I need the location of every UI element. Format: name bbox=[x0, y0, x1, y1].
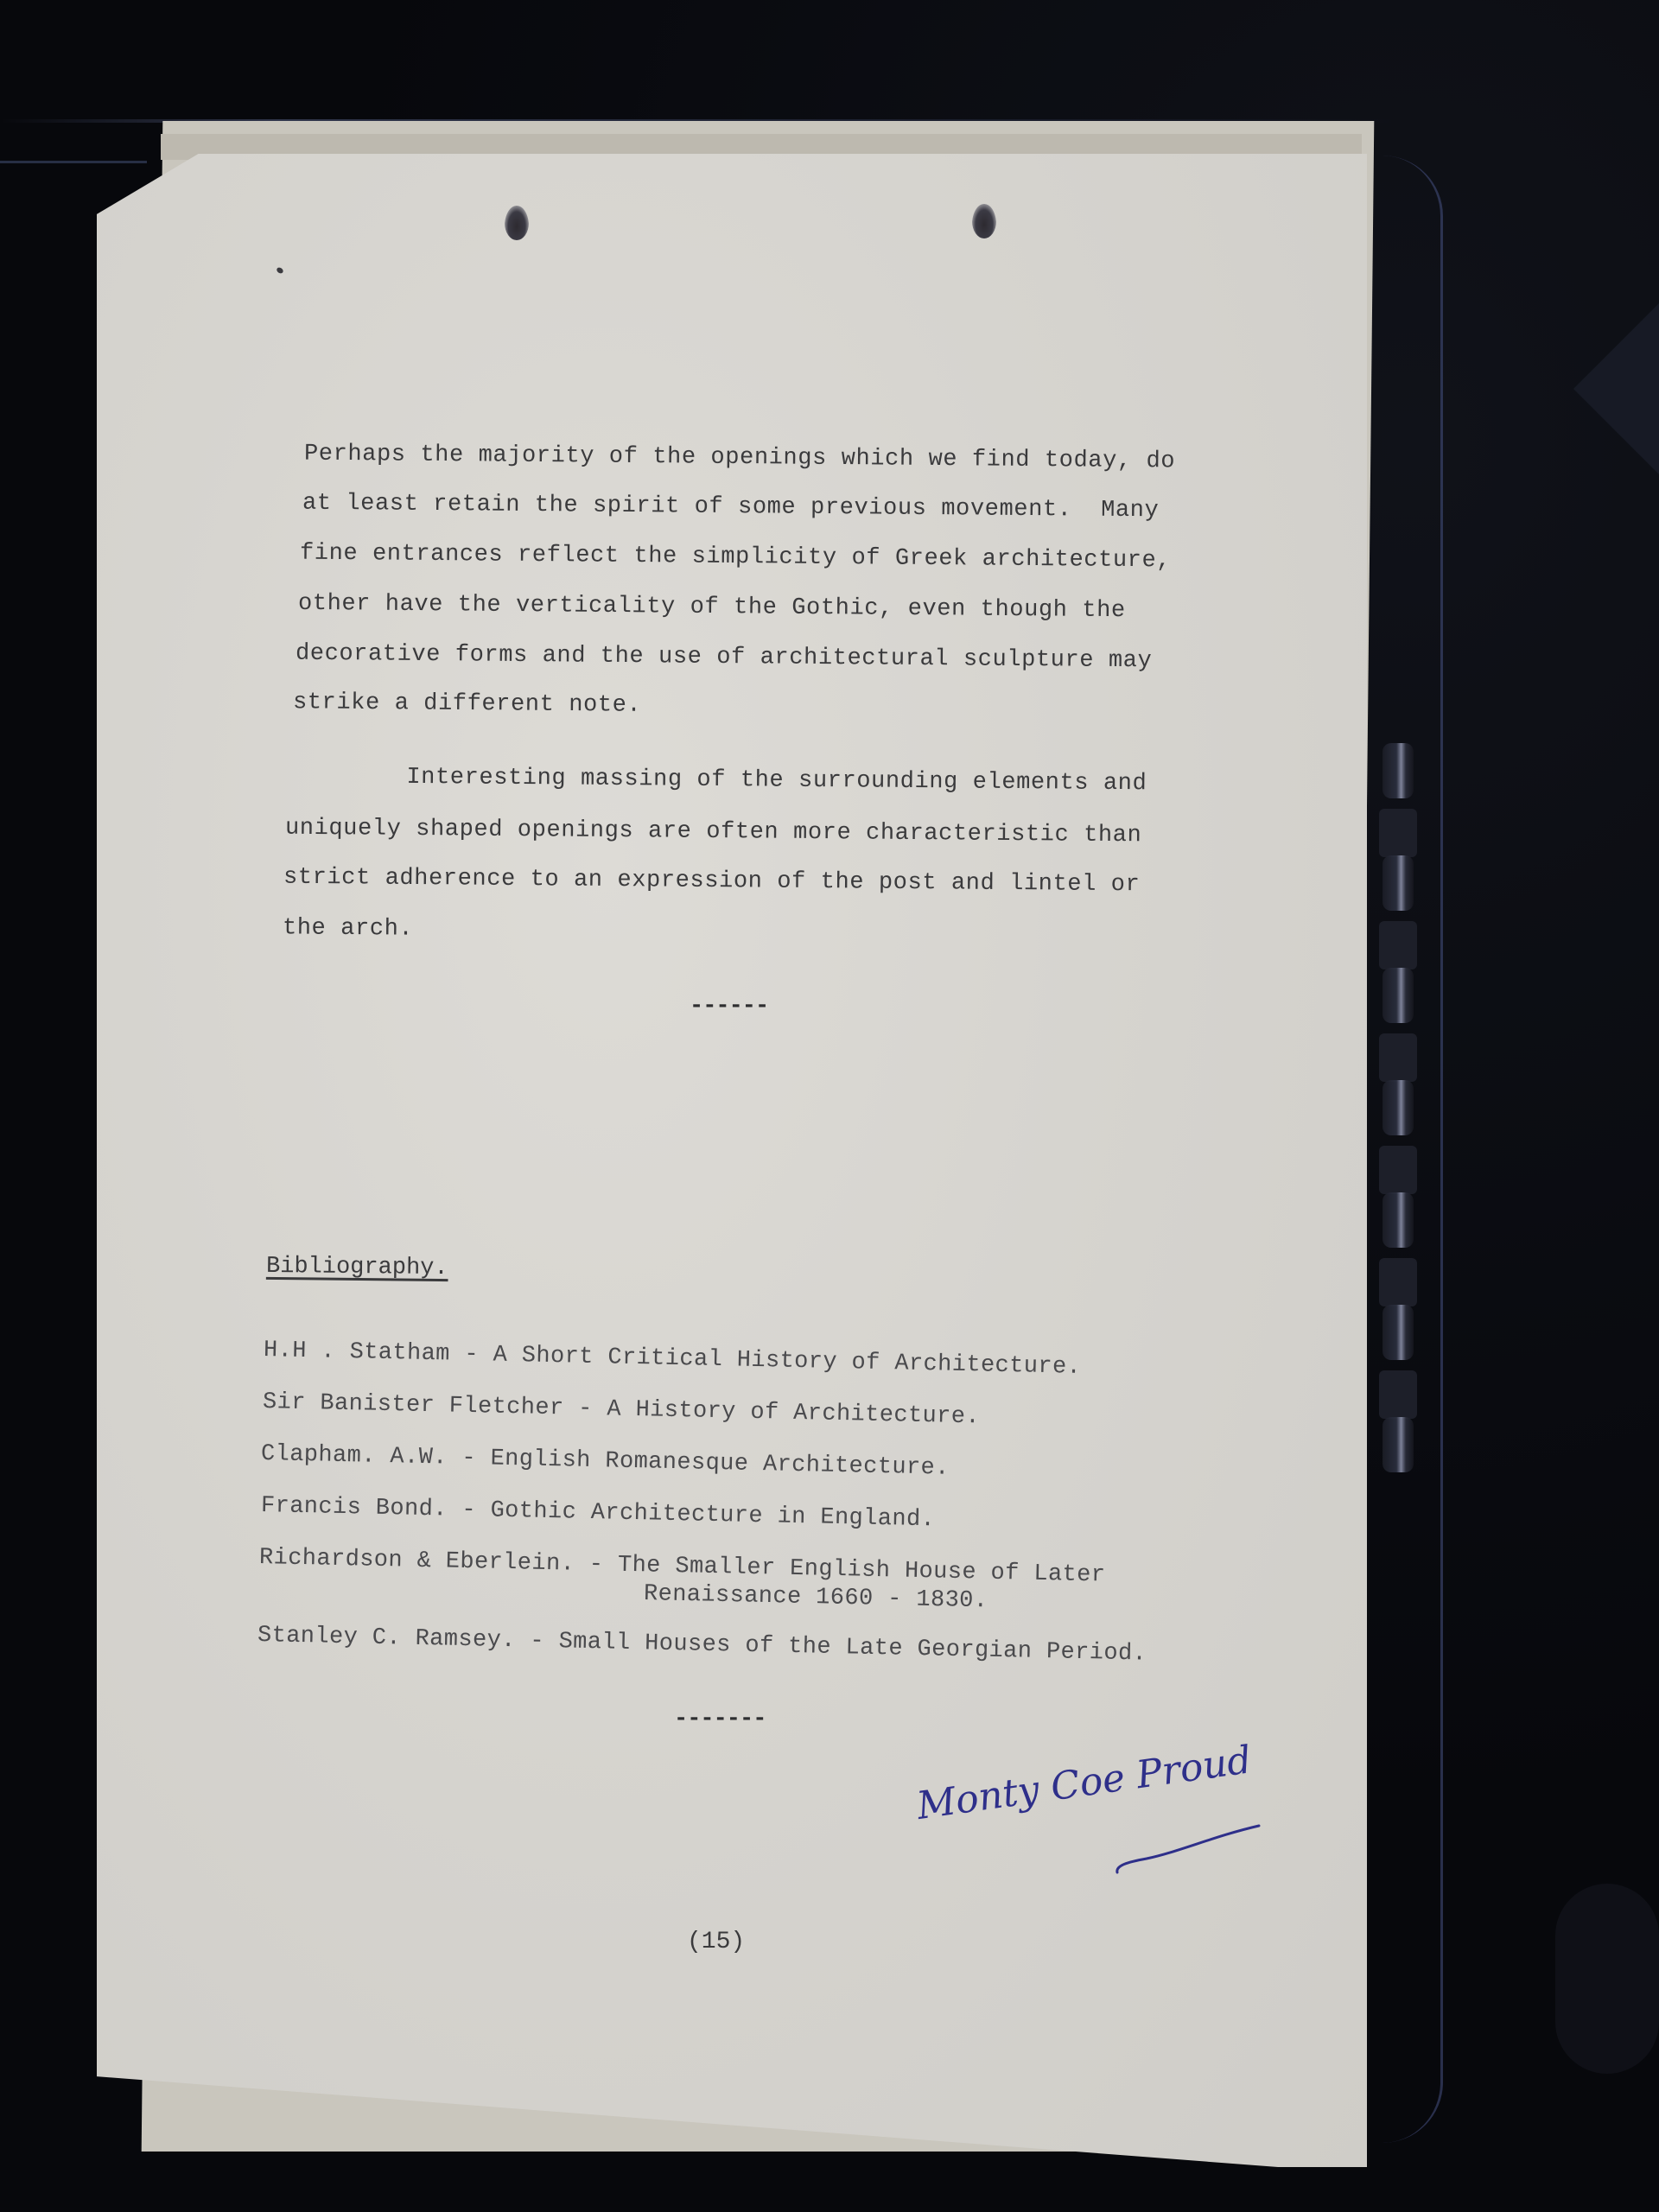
binder-link bbox=[1379, 1258, 1417, 1306]
binder-ring-icon bbox=[1382, 1192, 1414, 1248]
background-object bbox=[1555, 1884, 1659, 2074]
binder-ring-icon bbox=[1382, 1305, 1414, 1360]
binder-ring-icon bbox=[1382, 968, 1414, 1023]
paragraph-line: the arch. bbox=[283, 915, 413, 942]
binder-ring-icon bbox=[1382, 1080, 1414, 1135]
binder-link bbox=[1379, 809, 1417, 857]
signature-flourish-icon bbox=[920, 1776, 1266, 1888]
bibliography-divider: ------- bbox=[674, 1707, 766, 1732]
bibliography-heading: Bibliography. bbox=[266, 1254, 448, 1281]
background-object bbox=[1573, 303, 1659, 474]
binder-rings bbox=[1382, 743, 1417, 1538]
punch-hole-icon bbox=[972, 204, 996, 238]
binder-link bbox=[1379, 1370, 1417, 1419]
page-number: (15) bbox=[687, 1929, 745, 1955]
photo-scene: Perhaps the majority of the openings whi… bbox=[0, 0, 1659, 2212]
punch-hole-icon bbox=[505, 206, 529, 240]
signature: Monty Coe Proud bbox=[920, 1776, 1266, 1888]
binder-ring-icon bbox=[1382, 743, 1414, 798]
binder-ring-icon bbox=[1382, 855, 1414, 911]
binder-ring-icon bbox=[1382, 1417, 1414, 1472]
binder-link bbox=[1379, 1146, 1417, 1194]
binder-link bbox=[1379, 1033, 1417, 1082]
section-divider: ------ bbox=[690, 994, 768, 1020]
folder-rim-highlight-left bbox=[0, 161, 147, 163]
paragraph-line: strike a different note. bbox=[293, 690, 642, 719]
binder-link bbox=[1379, 921, 1417, 969]
